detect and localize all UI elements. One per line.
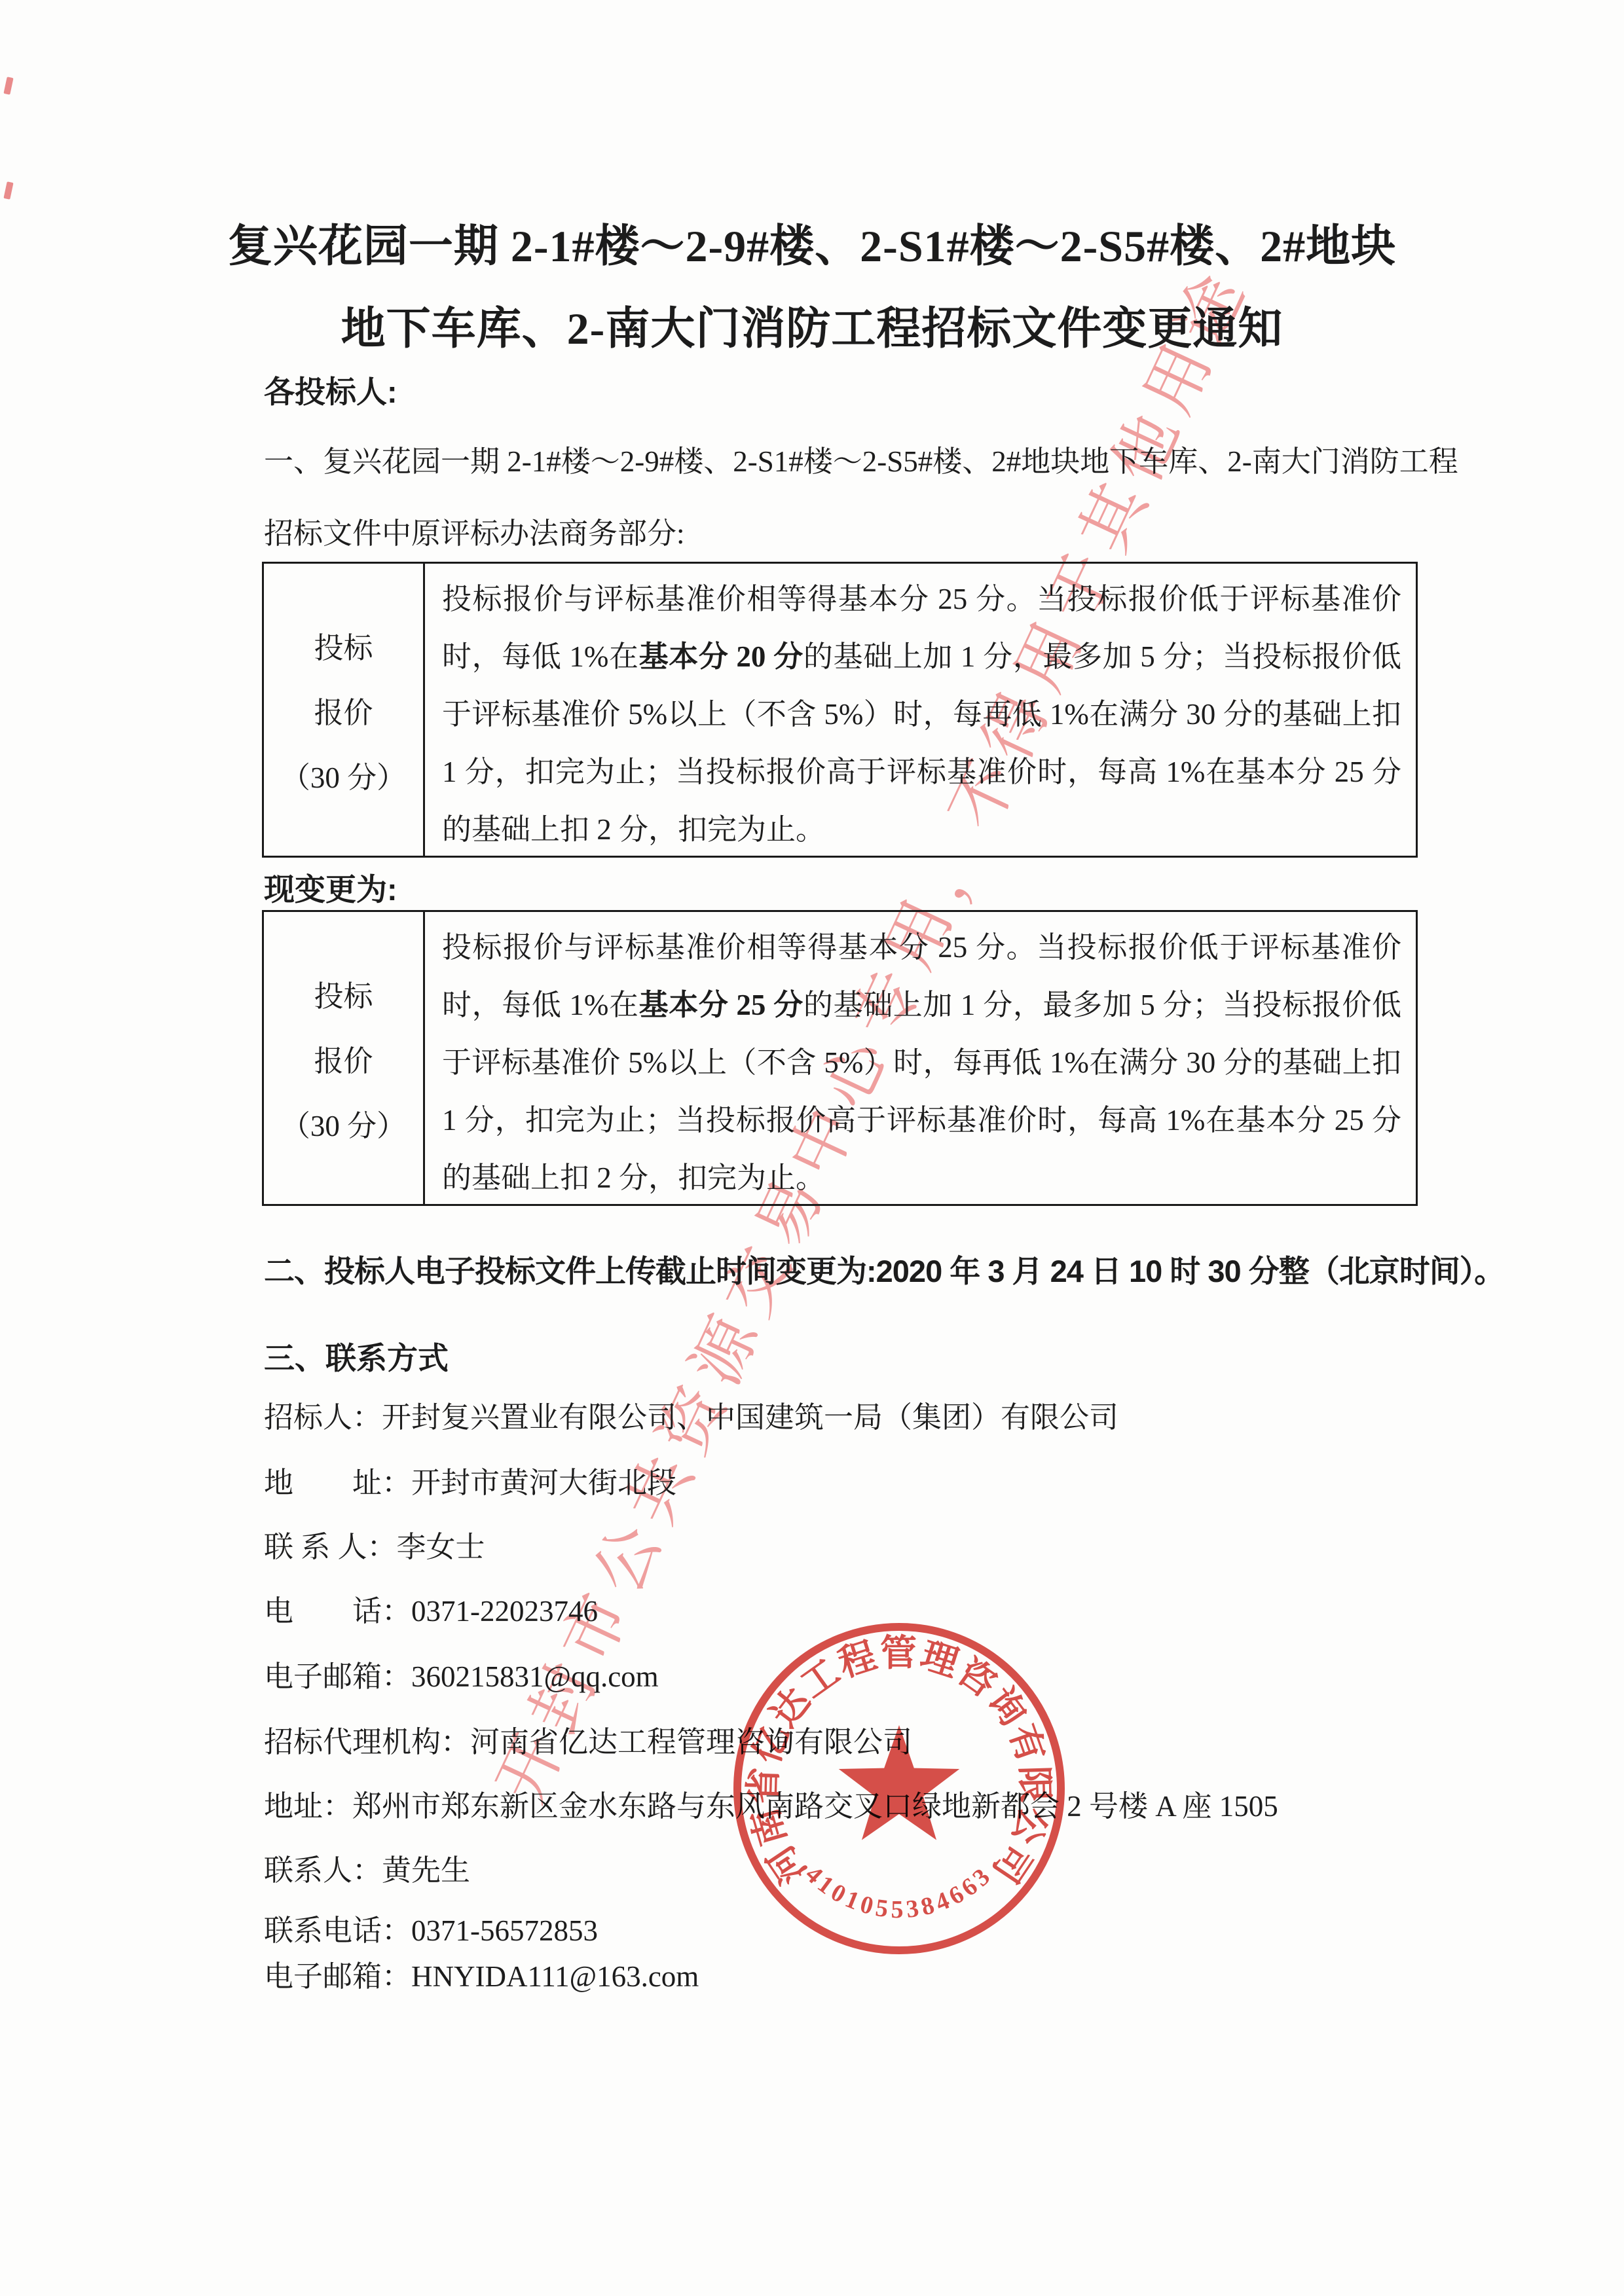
scoring-rule-cell: 投标报价与评标基准价相等得基本分 25 分。当投标报价低于评标基准价时，每低 1… xyxy=(425,564,1416,856)
document-title-line1: 复兴花园一期 2-1#楼～2-9#楼、2-S1#楼～2-S5#楼、2#地块 xyxy=(0,211,1624,274)
contact-line-email: 电子邮箱：360215831@qq.com xyxy=(264,1652,659,1695)
contact-line-agency-phone: 联系电话：0371-56572853 xyxy=(264,1906,598,1949)
contact-line-address: 地 址：开封市黄河大街北段 xyxy=(264,1459,676,1501)
scan-artifact-speck xyxy=(3,181,13,200)
contact-line-agency-email: 电子邮箱：HNYIDA111@163.com xyxy=(264,1952,699,1995)
section2-deadline-line: 二、投标人电子投标文件上传截止时间变更为:2020 年 3 月 24 日 10 … xyxy=(264,1247,1504,1291)
criterion-cell: 投标 报价 （30 分） xyxy=(264,912,425,1204)
criterion-label-line: 报价 xyxy=(314,689,373,731)
seal-number-text: 4101055384663 xyxy=(800,1861,999,1923)
section3-heading: 三、联系方式 xyxy=(264,1334,449,1378)
criterion-cell: 投标 报价 （30 分） xyxy=(264,564,425,856)
seal-star-icon xyxy=(839,1725,959,1840)
contact-line-phone: 电 话：0371-22023746 xyxy=(264,1587,598,1630)
contact-line-tenderer: 招标人：开封复兴置业有限公司、中国建筑一局（集团）有限公司 xyxy=(264,1393,1118,1436)
criterion-label-line: （30 分） xyxy=(281,754,406,796)
salutation: 各投标人: xyxy=(264,368,397,412)
section1-intro-line: 一、复兴花园一期 2-1#楼～2-9#楼、2-S1#楼～2-S5#楼、2#地块地… xyxy=(264,437,1458,480)
document-title-line2: 地下车库、2-南大门消防工程招标文件变更通知 xyxy=(0,293,1624,357)
contact-line-agency-person: 联系人：黄先生 xyxy=(264,1846,470,1889)
company-seal: 河南省亿达工程管理咨询有限公司 4101055384663 xyxy=(722,1612,1076,1965)
scoring-rule-cell: 投标报价与评标基准价相等得基本分 25 分。当投标报价低于评标基准价时，每低 1… xyxy=(425,912,1416,1204)
criterion-label-line: 投标 xyxy=(314,972,373,1015)
scoring-table-revised: 投标 报价 （30 分） 投标报价与评标基准价相等得基本分 25 分。当投标报价… xyxy=(262,910,1418,1206)
criterion-label-line: 投标 xyxy=(314,624,373,666)
rule-text-bold: 基本分 20 分 xyxy=(639,640,803,673)
section1-intro-continuation: 招标文件中原评标办法商务部分: xyxy=(264,509,685,552)
now-changed-label: 现变更为: xyxy=(264,866,397,909)
scoring-table-original: 投标 报价 （30 分） 投标报价与评标基准价相等得基本分 25 分。当投标报价… xyxy=(262,562,1418,858)
criterion-label-line: （30 分） xyxy=(281,1102,406,1144)
document-page: 开封市公共资源交易中心专用，不得用于其他用途 复兴花园一期 2-1#楼～2-9#… xyxy=(0,0,1624,2296)
criterion-label-line: 报价 xyxy=(314,1037,373,1080)
rule-text-bold: 基本分 25 分 xyxy=(639,989,803,1021)
contact-line-person: 联 系 人：李女士 xyxy=(264,1523,485,1565)
scan-artifact-speck xyxy=(3,77,13,95)
